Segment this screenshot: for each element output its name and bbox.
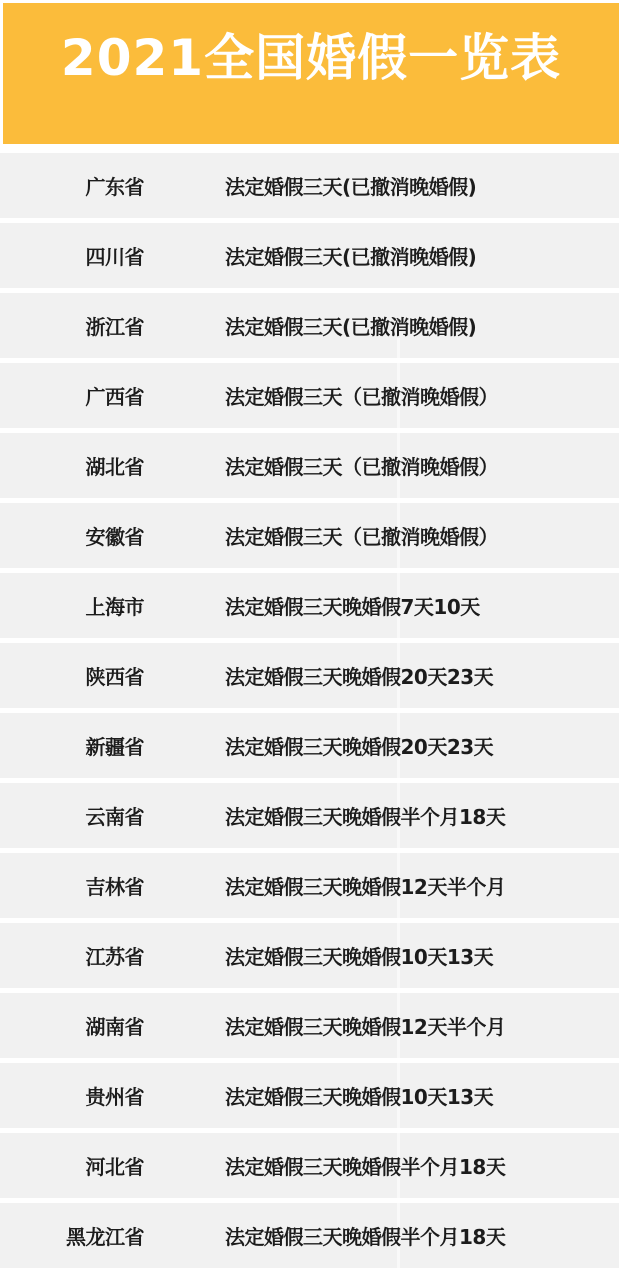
- region-cell: 湖北省: [0, 451, 144, 480]
- policy-cell: 法定婚假三天晚婚假20天23天: [144, 731, 493, 760]
- table-row: 云南省 法定婚假三天晚婚假半个月18天: [0, 783, 619, 848]
- policy-cell: 法定婚假三天晚婚假12天半个月: [144, 871, 505, 900]
- region-cell: 上海市: [0, 591, 144, 620]
- header-banner: 2021全国婚假一览表: [3, 3, 619, 144]
- policy-cell: 法定婚假三天(已撤消晚婚假): [144, 241, 476, 270]
- table-row: 河北省 法定婚假三天晚婚假半个月18天: [0, 1133, 619, 1198]
- page-title: 2021全国婚假一览表: [61, 31, 561, 144]
- region-cell: 广东省: [0, 171, 144, 200]
- policy-cell: 法定婚假三天晚婚假10天13天: [144, 941, 493, 970]
- policy-cell: 法定婚假三天晚婚假10天13天: [144, 1081, 493, 1110]
- table-row: 上海市 法定婚假三天晚婚假7天10天: [0, 573, 619, 638]
- policy-cell: 法定婚假三天（已撤消晚婚假）: [144, 381, 498, 410]
- policy-cell: 法定婚假三天晚婚假半个月18天: [144, 1151, 505, 1180]
- policy-cell: 法定婚假三天晚婚假12天半个月: [144, 1011, 505, 1040]
- region-cell: 陕西省: [0, 661, 144, 690]
- region-cell: 安徽省: [0, 521, 144, 550]
- marriage-leave-table: 广东省 法定婚假三天(已撤消晚婚假) 四川省 法定婚假三天(已撤消晚婚假) 浙江…: [0, 153, 619, 1268]
- policy-cell: 法定婚假三天（已撤消晚婚假）: [144, 521, 498, 550]
- table-row: 浙江省 法定婚假三天(已撤消晚婚假): [0, 293, 619, 358]
- table-row: 贵州省 法定婚假三天晚婚假10天13天: [0, 1063, 619, 1128]
- table-row: 广东省 法定婚假三天(已撤消晚婚假): [0, 153, 619, 218]
- infographic-canvas: 2021全国婚假一览表 广东省 法定婚假三天(已撤消晚婚假) 四川省 法定婚假三…: [0, 0, 619, 1280]
- region-cell: 广西省: [0, 381, 144, 410]
- policy-cell: 法定婚假三天(已撤消晚婚假): [144, 311, 476, 340]
- policy-cell: 法定婚假三天（已撤消晚婚假）: [144, 451, 498, 480]
- region-cell: 河北省: [0, 1151, 144, 1180]
- region-cell: 江苏省: [0, 941, 144, 970]
- policy-cell: 法定婚假三天晚婚假半个月18天: [144, 1221, 505, 1250]
- policy-cell: 法定婚假三天晚婚假半个月18天: [144, 801, 505, 830]
- table-row: 四川省 法定婚假三天(已撤消晚婚假): [0, 223, 619, 288]
- table-row: 湖北省 法定婚假三天（已撤消晚婚假）: [0, 433, 619, 498]
- table-row: 广西省 法定婚假三天（已撤消晚婚假）: [0, 363, 619, 428]
- region-cell: 贵州省: [0, 1081, 144, 1110]
- table-row: 陕西省 法定婚假三天晚婚假20天23天: [0, 643, 619, 708]
- region-cell: 吉林省: [0, 871, 144, 900]
- policy-cell: 法定婚假三天晚婚假7天10天: [144, 591, 480, 620]
- region-cell: 四川省: [0, 241, 144, 270]
- table-row: 江苏省 法定婚假三天晚婚假10天13天: [0, 923, 619, 988]
- table-row: 黑龙江省 法定婚假三天晚婚假半个月18天: [0, 1203, 619, 1268]
- table-row: 新疆省 法定婚假三天晚婚假20天23天: [0, 713, 619, 778]
- policy-cell: 法定婚假三天晚婚假20天23天: [144, 661, 493, 690]
- region-cell: 湖南省: [0, 1011, 144, 1040]
- table-row: 安徽省 法定婚假三天（已撤消晚婚假）: [0, 503, 619, 568]
- table-row: 湖南省 法定婚假三天晚婚假12天半个月: [0, 993, 619, 1058]
- policy-cell: 法定婚假三天(已撤消晚婚假): [144, 171, 476, 200]
- region-cell: 浙江省: [0, 311, 144, 340]
- region-cell: 云南省: [0, 801, 144, 830]
- table-row: 吉林省 法定婚假三天晚婚假12天半个月: [0, 853, 619, 918]
- region-cell: 新疆省: [0, 731, 144, 760]
- region-cell: 黑龙江省: [0, 1221, 144, 1250]
